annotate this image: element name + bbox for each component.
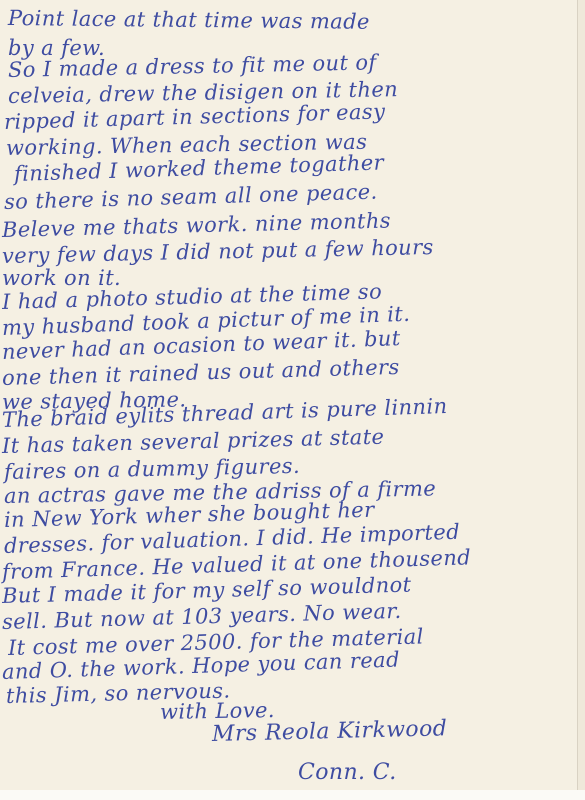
page-edge xyxy=(578,0,585,790)
scan-margin xyxy=(0,790,585,800)
location: Conn. C. xyxy=(298,760,397,785)
letter-line: Point lace at that time was made xyxy=(8,6,370,34)
